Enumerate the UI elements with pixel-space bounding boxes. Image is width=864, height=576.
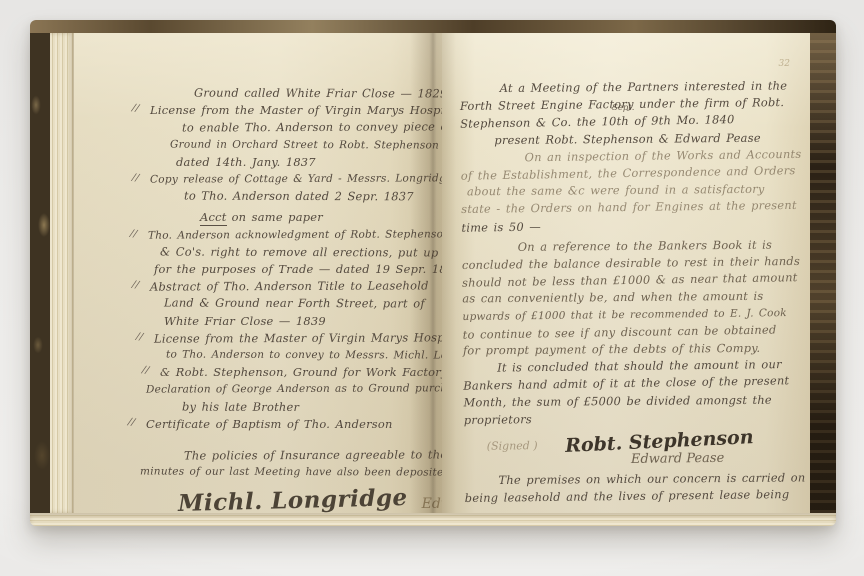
- handwriting-line: The policies of Insurance agreeable to t…: [184, 447, 436, 465]
- left-page-text: Ground called White Friar Close — 1829//…: [74, 33, 442, 513]
- handwriting-line: White Friar Close — 1839: [164, 313, 436, 330]
- margin-tick-mark: //: [127, 413, 137, 431]
- handwriting-line: //Tho. Anderson acknowledgment of Robt. …: [148, 226, 436, 244]
- bottom-page-edge-stack: [30, 513, 836, 526]
- right-signature-stephenson: Robt. Stephenson: [565, 426, 754, 457]
- margin-tick-mark: //: [131, 277, 141, 295]
- handwriting-line: Declaration of George Anderson as to Gro…: [146, 381, 436, 399]
- right-page-lines: At a Meeting of the Partners interested …: [460, 77, 794, 429]
- handwriting-line: //Copy release of Cottage & Yard - Messr…: [150, 170, 436, 188]
- margin-tick-mark: //: [135, 328, 145, 346]
- handwriting-line: by his late Brother: [182, 398, 436, 416]
- handwriting-line: for the purposes of Trade — dated 19 Sep…: [154, 261, 436, 278]
- handwriting-line: //& Robt. Stephenson, Ground for Work Fa…: [160, 364, 436, 381]
- handwriting-line: & Co's. right to remove all erections, p…: [160, 243, 436, 261]
- right-signature-block: (Signed ) Robt. Stephenson Edward Pease: [464, 429, 794, 469]
- handwriting-line: being leasehold and the lives of present…: [465, 486, 795, 507]
- handwriting-line: to Tho. Anderson dated 2 Sepr. 1837: [184, 188, 436, 206]
- handwriting-line: //License from the Master of Virgin Mary…: [150, 102, 436, 119]
- left-signature-row: Michl. Longridge Edward Pease: [178, 487, 436, 513]
- handwriting-line: Land & Ground near Forth Street, part of: [164, 295, 436, 313]
- handwriting-line: Accton same paper: [200, 209, 436, 226]
- handwriting-line: minutes of our last Meeting have also be…: [140, 464, 436, 482]
- right-page: 32 Sept. At a Meeting of the Partners in…: [442, 33, 810, 513]
- margin-tick-mark: //: [131, 169, 141, 187]
- book-cover-right-edge: [810, 33, 836, 513]
- left-signature-pease: Edward Pease: [422, 496, 442, 512]
- left-page-edge-stack: [50, 33, 74, 513]
- handwriting-line: to Tho. Anderson to convey to Messrs. Mi…: [166, 347, 436, 365]
- left-signature-longridge: Michl. Longridge: [178, 484, 408, 513]
- left-page: Ground called White Friar Close — 1829//…: [74, 33, 442, 513]
- handwriting-line: dated 14th. Jany. 1837: [176, 154, 436, 171]
- underlined-word: Acct: [200, 210, 227, 226]
- margin-tick-mark: //: [131, 100, 141, 118]
- margin-tick-mark: //: [129, 225, 139, 243]
- manuscript-book: Ground called White Friar Close — 1829//…: [30, 20, 836, 526]
- margin-tick-mark: //: [141, 362, 151, 380]
- handwriting-line: //Abstract of Tho. Anderson Title to Lea…: [150, 278, 436, 296]
- right-page-text: At a Meeting of the Partners interested …: [442, 33, 810, 513]
- book-cover-top-edge: [30, 20, 836, 33]
- left-page-lines: Ground called White Friar Close — 1829//…: [138, 85, 436, 481]
- book-cover-left-edge: [30, 33, 50, 513]
- photo-background: Ground called White Friar Close — 1829//…: [0, 0, 864, 576]
- handwriting-line: Ground called White Friar Close — 1829: [194, 85, 436, 103]
- handwriting-line: //License from the Master of Virgin Mary…: [154, 329, 436, 347]
- signed-label: (Signed ): [487, 439, 538, 453]
- handwriting-line: Ground in Orchard Street to Robt. Stephe…: [170, 136, 436, 154]
- handwriting-line: to enable Tho. Anderson to convey piece …: [182, 119, 436, 137]
- handwriting-line: //Certificate of Baptism of Tho. Anderso…: [146, 416, 436, 433]
- right-page-lines2: The premises on which our concern is car…: [464, 469, 794, 507]
